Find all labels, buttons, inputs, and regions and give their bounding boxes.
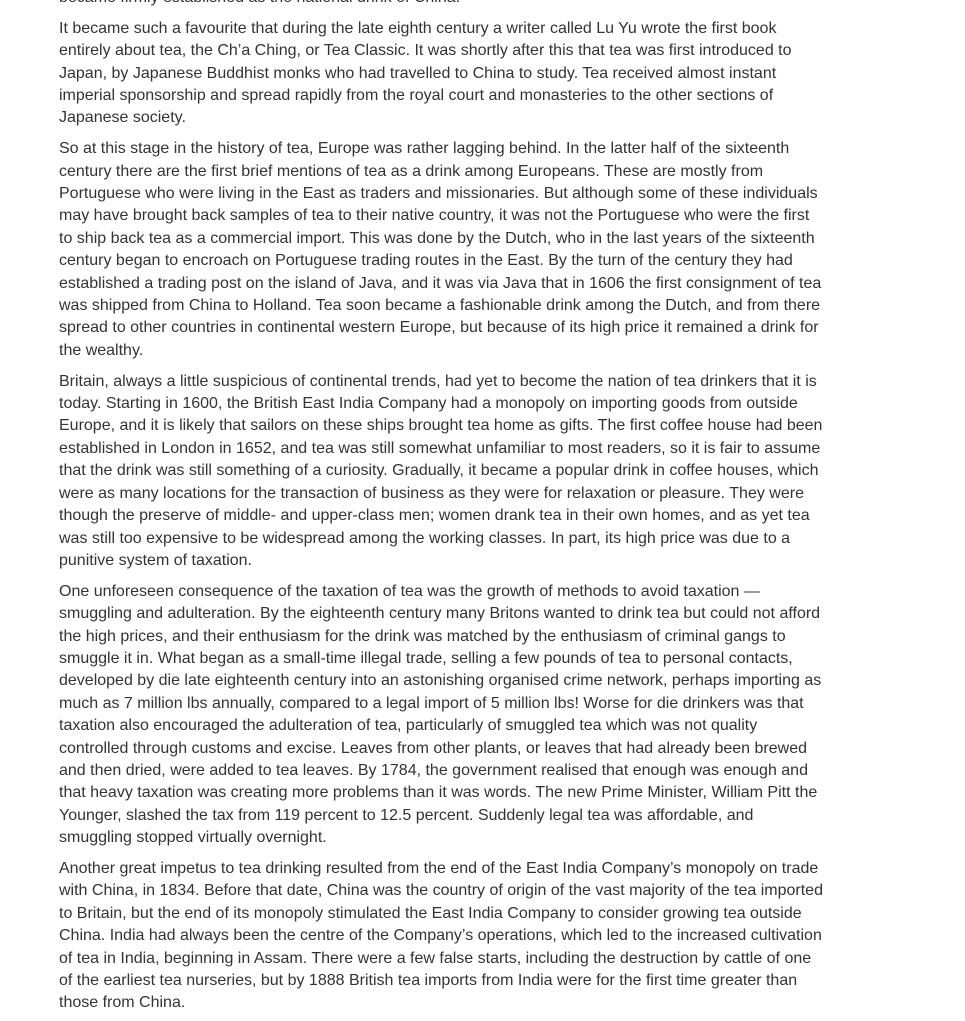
paragraph-europe-portuguese-dutch: So at this stage in the history of tea, …	[59, 138, 827, 362]
paragraph-lu-yu-japan: It became such a favourite that during t…	[59, 18, 827, 130]
article-body: became firmly established as the nationa…	[59, 0, 827, 1021]
paragraph-cut-off-intro: became firmly established as the nationa…	[59, 0, 827, 9]
paragraph-britain-coffee-houses: Britain, always a little suspicious of c…	[59, 371, 827, 573]
paragraph-smuggling-adulteration: One unforeseen consequence of the taxati…	[59, 581, 827, 850]
paragraph-east-india-company-india: Another great impetus to tea drinking re…	[59, 858, 827, 1015]
